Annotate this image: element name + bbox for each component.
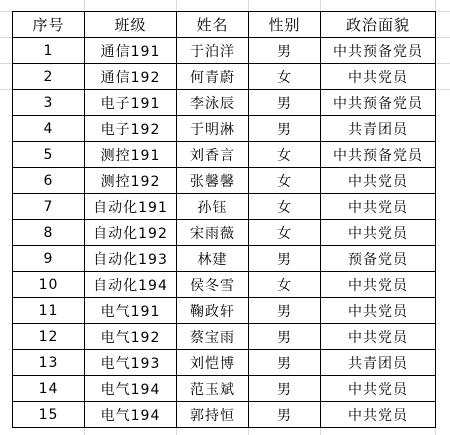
header-seq[interactable]: 序号 <box>13 12 85 38</box>
cell-gender[interactable]: 男 <box>249 350 321 376</box>
cell-name[interactable]: 林建 <box>177 246 249 272</box>
table-row: 7 自动化191 孙钰 女 中共党员 <box>13 194 436 220</box>
cell-class[interactable]: 电子192 <box>85 116 177 142</box>
header-name[interactable]: 姓名 <box>177 12 249 38</box>
cell-class[interactable]: 自动化192 <box>85 220 177 246</box>
header-gender[interactable]: 性别 <box>249 12 321 38</box>
header-row: 序号 班级 姓名 性别 政治面貌 <box>13 12 436 38</box>
cell-class[interactable]: 通信191 <box>85 38 177 64</box>
cell-name[interactable]: 刘恺博 <box>177 350 249 376</box>
cell-political[interactable]: 中共党员 <box>321 272 436 298</box>
cell-political[interactable]: 中共党员 <box>321 64 436 90</box>
cell-gender[interactable]: 女 <box>249 194 321 220</box>
cell-seq[interactable]: 4 <box>13 116 85 142</box>
cell-class[interactable]: 电气192 <box>85 324 177 350</box>
cell-political[interactable]: 共青团员 <box>321 350 436 376</box>
cell-seq[interactable]: 1 <box>13 38 85 64</box>
cell-political[interactable]: 中共预备党员 <box>321 90 436 116</box>
cell-seq[interactable]: 12 <box>13 324 85 350</box>
cell-political[interactable]: 中共党员 <box>321 194 436 220</box>
cell-class[interactable]: 测控191 <box>85 142 177 168</box>
cell-name[interactable]: 郭持恒 <box>177 402 249 428</box>
cell-class[interactable]: 电气194 <box>85 376 177 402</box>
cell-name[interactable]: 侯冬雪 <box>177 272 249 298</box>
cell-class[interactable]: 电气193 <box>85 350 177 376</box>
cell-seq[interactable]: 15 <box>13 402 85 428</box>
cell-seq[interactable]: 10 <box>13 272 85 298</box>
cell-seq[interactable]: 11 <box>13 298 85 324</box>
cell-name[interactable]: 鞠政轩 <box>177 298 249 324</box>
cell-gender[interactable]: 男 <box>249 298 321 324</box>
cell-name[interactable]: 于明淋 <box>177 116 249 142</box>
cell-name[interactable]: 张馨馨 <box>177 168 249 194</box>
cell-seq[interactable]: 6 <box>13 168 85 194</box>
cell-political[interactable]: 共青团员 <box>321 116 436 142</box>
cell-class[interactable]: 测控192 <box>85 168 177 194</box>
cell-class[interactable]: 电气191 <box>85 298 177 324</box>
cell-seq[interactable]: 9 <box>13 246 85 272</box>
table-row: 8 自动化192 宋雨薇 女 中共党员 <box>13 220 436 246</box>
table-row: 9 自动化193 林建 男 预备党员 <box>13 246 436 272</box>
cell-political[interactable]: 预备党员 <box>321 246 436 272</box>
table-row: 15 电气194 郭持恒 男 中共党员 <box>13 402 436 428</box>
cell-name[interactable]: 李泳辰 <box>177 90 249 116</box>
cell-name[interactable]: 宋雨薇 <box>177 220 249 246</box>
cell-class[interactable]: 自动化193 <box>85 246 177 272</box>
cell-name[interactable]: 刘香言 <box>177 142 249 168</box>
cell-seq[interactable]: 3 <box>13 90 85 116</box>
cell-name[interactable]: 蔡宝雨 <box>177 324 249 350</box>
cell-political[interactable]: 中共预备党员 <box>321 38 436 64</box>
cell-gender[interactable]: 女 <box>249 220 321 246</box>
cell-seq[interactable]: 8 <box>13 220 85 246</box>
table-row: 5 测控191 刘香言 女 中共预备党员 <box>13 142 436 168</box>
cell-political[interactable]: 中共党员 <box>321 298 436 324</box>
header-class[interactable]: 班级 <box>85 12 177 38</box>
cell-class[interactable]: 电子191 <box>85 90 177 116</box>
cell-political[interactable]: 中共党员 <box>321 402 436 428</box>
cell-political[interactable]: 中共党员 <box>321 220 436 246</box>
table-row: 2 通信192 何青蔚 女 中共党员 <box>13 64 436 90</box>
cell-seq[interactable]: 13 <box>13 350 85 376</box>
cell-seq[interactable]: 5 <box>13 142 85 168</box>
cell-class[interactable]: 电气194 <box>85 402 177 428</box>
cell-gender[interactable]: 女 <box>249 64 321 90</box>
cell-class[interactable]: 自动化194 <box>85 272 177 298</box>
cell-class[interactable]: 自动化191 <box>85 194 177 220</box>
table-row: 11 电气191 鞠政轩 男 中共党员 <box>13 298 436 324</box>
table-row: 13 电气193 刘恺博 男 共青团员 <box>13 350 436 376</box>
cell-political[interactable]: 中共党员 <box>321 324 436 350</box>
cell-seq[interactable]: 7 <box>13 194 85 220</box>
cell-name[interactable]: 于泊洋 <box>177 38 249 64</box>
cell-gender[interactable]: 男 <box>249 376 321 402</box>
cell-name[interactable]: 何青蔚 <box>177 64 249 90</box>
cell-gender[interactable]: 女 <box>249 142 321 168</box>
table-row: 4 电子192 于明淋 男 共青团员 <box>13 116 436 142</box>
table-row: 10 自动化194 侯冬雪 女 中共党员 <box>13 272 436 298</box>
cell-political[interactable]: 中共党员 <box>321 168 436 194</box>
cell-gender[interactable]: 男 <box>249 90 321 116</box>
cell-seq[interactable]: 14 <box>13 376 85 402</box>
table-row: 6 测控192 张馨馨 女 中共党员 <box>13 168 436 194</box>
table-row: 12 电气192 蔡宝雨 男 中共党员 <box>13 324 436 350</box>
cell-gender[interactable]: 男 <box>249 38 321 64</box>
cell-gender[interactable]: 女 <box>249 168 321 194</box>
table-row: 3 电子191 李泳辰 男 中共预备党员 <box>13 90 436 116</box>
header-political[interactable]: 政治面貌 <box>321 12 436 38</box>
cell-gender[interactable]: 男 <box>249 324 321 350</box>
cell-gender[interactable]: 女 <box>249 272 321 298</box>
cell-gender[interactable]: 男 <box>249 116 321 142</box>
student-roster-table: 序号 班级 姓名 性别 政治面貌 1 通信191 于泊洋 男 中共预备党员 2 … <box>12 11 436 428</box>
cell-name[interactable]: 范玉斌 <box>177 376 249 402</box>
cell-political[interactable]: 中共党员 <box>321 376 436 402</box>
cell-seq[interactable]: 2 <box>13 64 85 90</box>
table-row: 14 电气194 范玉斌 男 中共党员 <box>13 376 436 402</box>
cell-name[interactable]: 孙钰 <box>177 194 249 220</box>
cell-gender[interactable]: 男 <box>249 246 321 272</box>
cell-political[interactable]: 中共预备党员 <box>321 142 436 168</box>
cell-class[interactable]: 通信192 <box>85 64 177 90</box>
table-row: 1 通信191 于泊洋 男 中共预备党员 <box>13 38 436 64</box>
cell-gender[interactable]: 男 <box>249 402 321 428</box>
